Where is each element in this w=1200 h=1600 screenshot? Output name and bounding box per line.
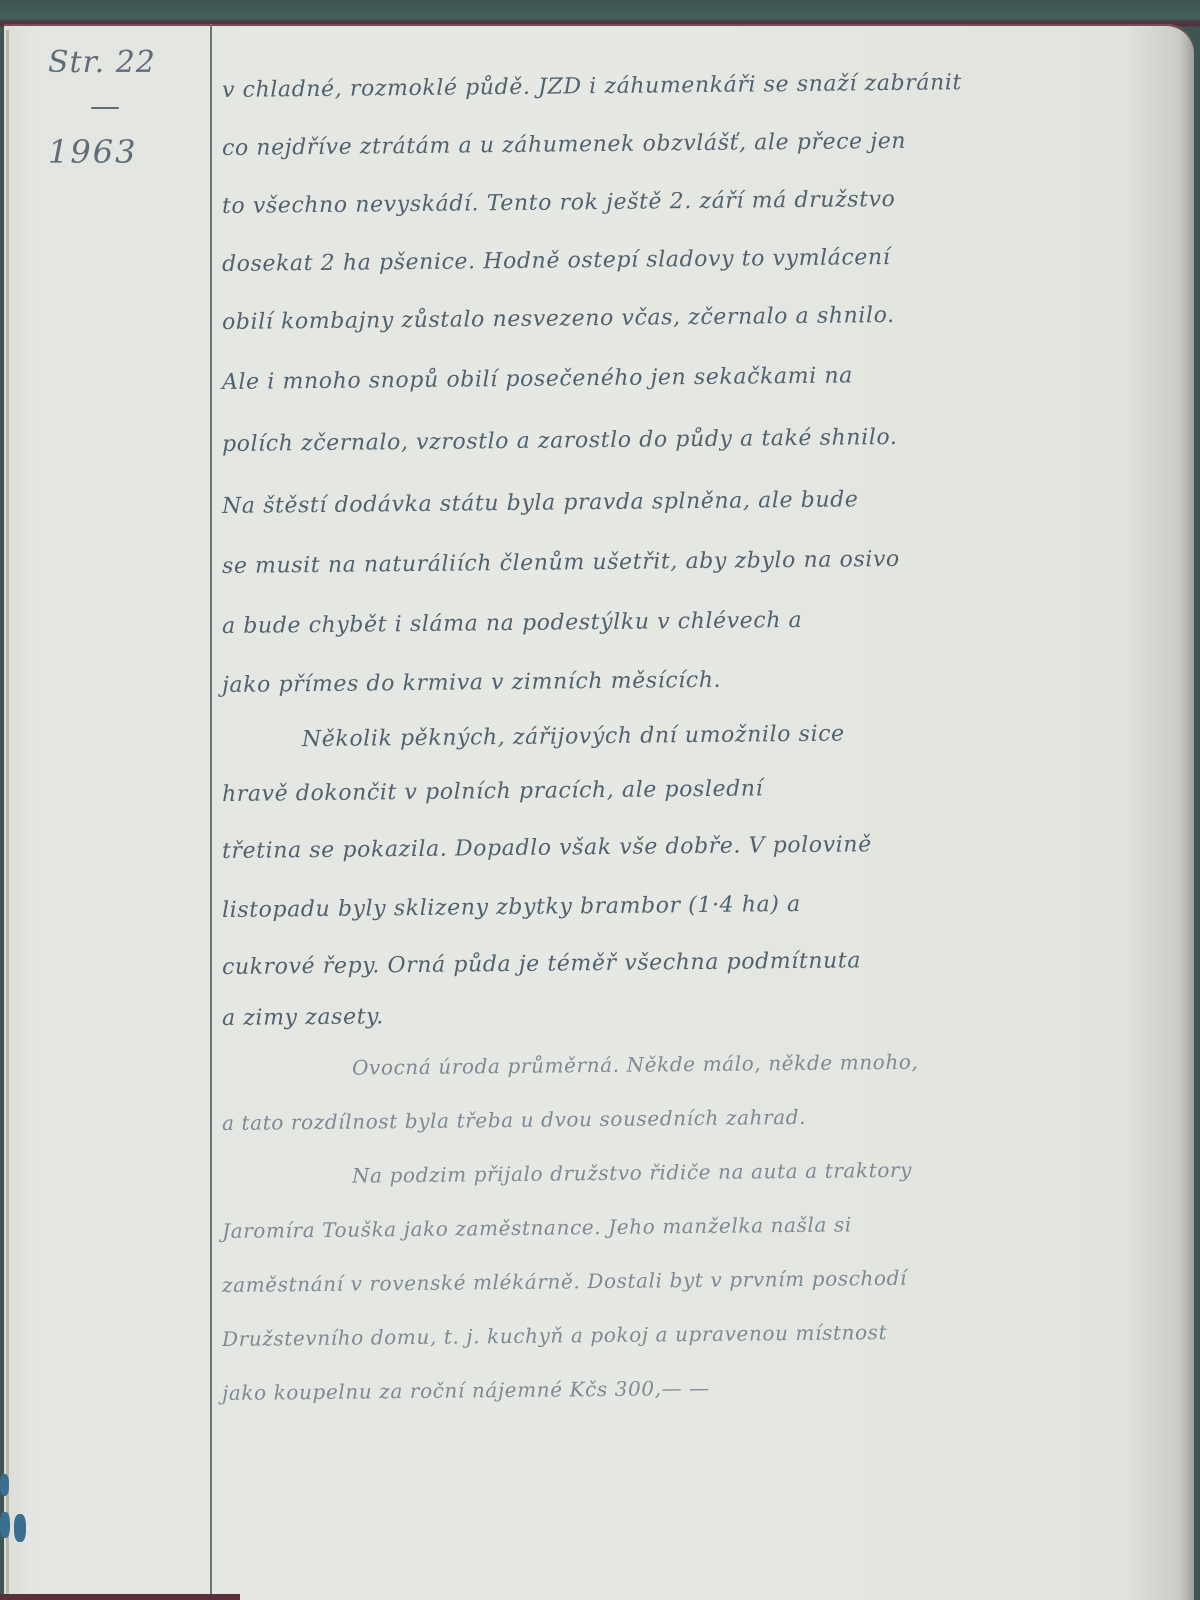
text-line: obilí kombajny zůstalo nesvezeno včas, z… — [222, 284, 1143, 352]
text-line: Družstevního domu, t. j. kuchyň a pokoj … — [222, 1302, 1143, 1366]
text-line: hravě dokončit v polních pracích, ale po… — [222, 758, 1143, 822]
text-line: jako přímes do krmiva v zimních měsících… — [222, 648, 1143, 714]
text-line: polích zčernalo, vzrostlo a zarostlo do … — [222, 404, 1143, 476]
text-line: se musit na naturáliích členům ušetřit, … — [222, 528, 1143, 596]
text-line: Jaromíra Touška jako zaměstnance. Jeho m… — [222, 1194, 1143, 1258]
binding-thread-icon — [0, 1512, 28, 1546]
text-line: a tato rozdílnost byla třeba u dvou sous… — [222, 1086, 1143, 1150]
paragraph-start-line: Na podzim přijalo družstvo řidiče na aut… — [222, 1140, 1143, 1204]
binding-edge-bottom — [0, 1594, 240, 1600]
year-label: 1963 — [48, 136, 188, 168]
text-line: v chladné, rozmoklé půdě. JZD i záhumenk… — [222, 52, 1143, 120]
page-number: Str. 22 — [48, 48, 188, 78]
text-line: třetina se pokazila. Dopadlo však vše do… — [222, 812, 1143, 882]
binding-thread-icon — [0, 1470, 28, 1504]
text-line: zaměstnání v rovenské mlékárně. Dostali … — [222, 1248, 1143, 1312]
text-line: jako koupelnu za roční nájemné Kčs 300,—… — [222, 1356, 1143, 1420]
text-line: co nejdříve ztrátám a u záhumenek obzvlá… — [222, 110, 1143, 178]
text-line: dosekat 2 ha pšenice. Hodně ostepí slado… — [222, 226, 1143, 294]
text-line: cukrové řepy. Orná půda je téměř všechna… — [222, 930, 1143, 996]
paragraph-start-line: Ovocná úroda průměrná. Někde málo, někde… — [222, 1032, 1143, 1096]
binding-edge — [6, 30, 9, 1600]
text-line: Ale i mnoho snopů obilí posečeného jen s… — [222, 342, 1143, 414]
handwritten-body: v chladné, rozmoklé půdě. JZD i záhumenk… — [222, 62, 1142, 1420]
paragraph-start-line: Několik pěkných, zářijových dní umožnilo… — [222, 704, 1143, 768]
text-line: listopadu byly sklizeny zbytky brambor (… — [222, 872, 1143, 940]
document-scan: Str. 22 — 1963 v chladné, rozmoklé půdě.… — [0, 0, 1200, 1600]
text-line: to všechno nevyskádí. Tento rok ještě 2.… — [222, 168, 1143, 236]
margin-note: Str. 22 — 1963 — [48, 48, 188, 168]
margin-dash: — — [90, 92, 188, 122]
text-line: a bude chybět i sláma na podestýlku v ch… — [222, 586, 1143, 658]
text-line: Na štěstí dodávka státu byla pravda spln… — [222, 466, 1143, 538]
margin-rule — [210, 24, 212, 1600]
